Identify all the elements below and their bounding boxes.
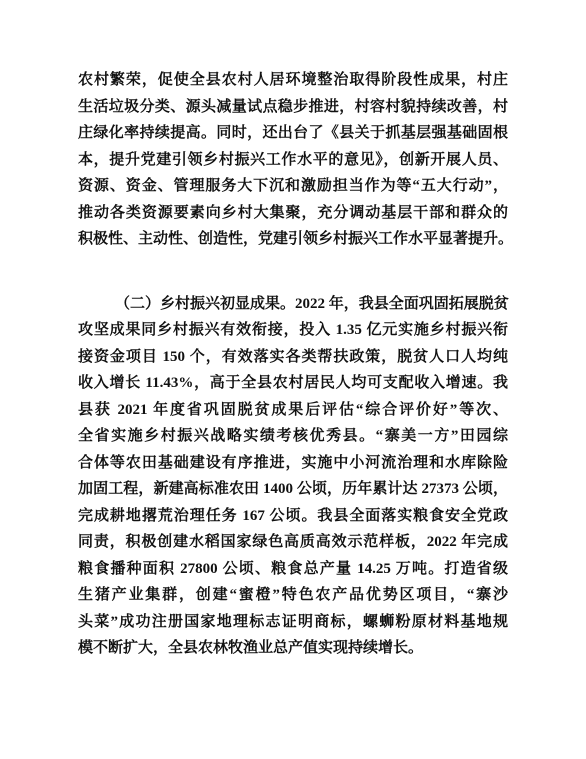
- text-line: 庄绿化率持续提高。同时，还出台了《县关于抓基层强基础固根: [78, 120, 508, 147]
- paragraph-continuation: 农村繁荣，促使全县农村人居环境整治取得阶段性成果，村庄 生活垃圾分类、源头减量试…: [78, 67, 508, 253]
- text-line: 资源、资金、管理服务大下沉和激励担当作为等“五大行动”，: [78, 173, 508, 200]
- text-line: 完成耕地撂荒治理任务 167 公顷。我县全面落实粮食安全党政: [78, 503, 508, 530]
- text-line: 模不断扩大，全县农林牧渔业总产值实现持续增长。: [78, 635, 508, 662]
- text-line: 全省实施乡村振兴战略实绩考核优秀县。“寨美一方”田园综: [78, 423, 508, 450]
- text-line: 接资金项目 150 个，有效落实各类帮扶政策，脱贫人口人均纯: [78, 344, 508, 371]
- text-line: 本，提升党建引领乡村振兴工作水平的意见》，创新开展人员、: [78, 147, 508, 174]
- paragraph-section-2: （二）乡村振兴初显成果。2022 年，我县全面巩固拓展脱贫 攻坚成果同乡村振兴有…: [78, 291, 508, 662]
- text-line: 推动各类资源要素向乡村大集聚，充分调动基层干部和群众的: [78, 200, 508, 227]
- text-line: 合体等农田基础建设有序推进，实施中小河流治理和水库除险: [78, 450, 508, 477]
- text-line: 积极性、主动性、创造性，党建引领乡村振兴工作水平显著提升。: [78, 226, 508, 253]
- text-line: 粮食播种面积 27800 公顷、粮食总产量 14.25 万吨。打造省级: [78, 556, 508, 583]
- text-line: 攻坚成果同乡村振兴有效衔接，投入 1.35 亿元实施乡村振兴衔: [78, 317, 508, 344]
- text-line: 头菜”成功注册国家地理标志证明商标，螺蛳粉原材料基地规: [78, 609, 508, 636]
- text-line: 生猪产业集群，创建“蜜橙”特色农产品优势区项目，“寨沙: [78, 582, 508, 609]
- text-line-section-heading: （二）乡村振兴初显成果。2022 年，我县全面巩固拓展脱贫: [78, 291, 508, 318]
- text-line: 生活垃圾分类、源头减量试点稳步推进，村容村貌持续改善，村: [78, 94, 508, 121]
- text-line: 县获 2021 年度省巩固脱贫成果后评估“综合评价好”等次、: [78, 397, 508, 424]
- document-page: 农村繁荣，促使全县农村人居环境整治取得阶段性成果，村庄 生活垃圾分类、源头减量试…: [0, 0, 586, 759]
- text-line: 加固工程，新建高标准农田 1400 公顷，历年累计达 27373 公顷，: [78, 476, 508, 503]
- text-line: 收入增长 11.43%，高于全县农村居民人均可支配收入增速。我: [78, 370, 508, 397]
- text-line: 同责，积极创建水稻国家绿色高质高效示范样板，2022 年完成: [78, 529, 508, 556]
- text-line: 农村繁荣，促使全县农村人居环境整治取得阶段性成果，村庄: [78, 67, 508, 94]
